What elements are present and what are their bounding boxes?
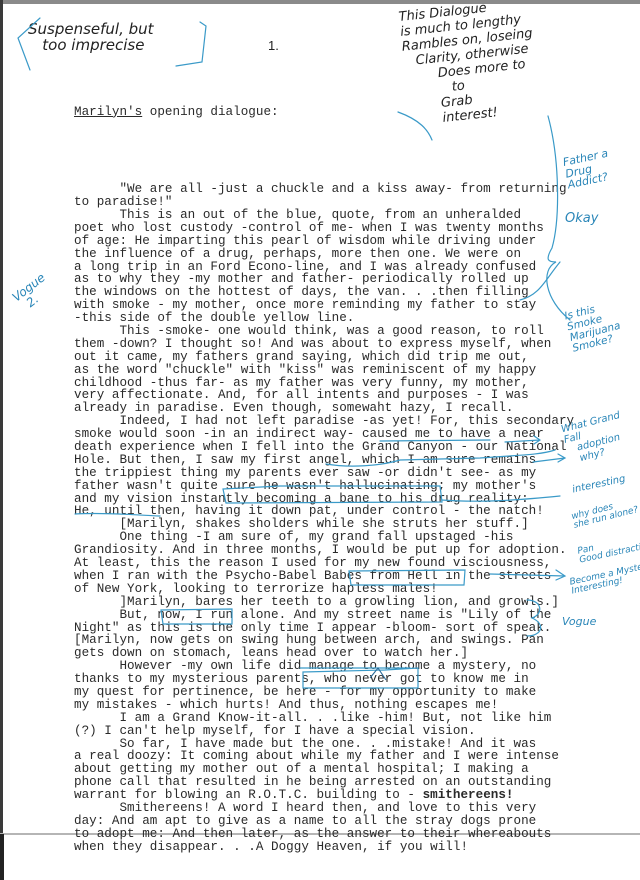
margin-note-vogue: Vogue [562, 616, 596, 628]
typed-line: death experience when I fell into the Gr… [74, 441, 594, 454]
typed-line: the trippiest thing my parents ever saw … [74, 467, 594, 480]
heading-rest: opening dialogue: [142, 105, 278, 119]
typed-line: At least, this the reason I used for my … [74, 557, 594, 570]
typed-line: when I ran with the Psycho-Babel Babes f… [74, 570, 594, 583]
typed-line: out it came, my fathers grand saying, wh… [74, 351, 594, 364]
typed-line: This -smoke- one would think, was a good… [74, 325, 594, 338]
bold-word: smithereens! [423, 788, 514, 802]
scan-top-edge [0, 0, 640, 4]
typed-line: my mistakes - which hurts! And thus, not… [74, 699, 594, 712]
annotation-top-right: This Dialogue is much to lengthy Rambles… [398, 0, 541, 129]
annotation-top-left: Suspenseful, but too imprecise [28, 22, 154, 54]
margin-note-okay: Okay [565, 212, 598, 226]
typed-line: of New York, looking to terrorize haples… [74, 583, 594, 596]
typed-line: This is an out of the blue, quote, from … [74, 209, 594, 222]
heading-speaker: Marilyn's [74, 105, 142, 119]
typed-line: Hole. But then, I saw my first angel, wh… [74, 454, 594, 467]
typed-line: day: And am apt to give as a name to all… [74, 815, 594, 828]
typed-line: poet who lost custody -control of me- wh… [74, 222, 594, 235]
typed-line: to adopt me: And then later, as the answ… [74, 828, 594, 841]
bracket-right-icon [176, 22, 206, 66]
blank-line [74, 145, 594, 158]
scan-left-edge [0, 0, 3, 880]
typed-line: (?) I can't help myself, for I have a sp… [74, 725, 594, 738]
margin-note-drug-addict: Father a Drug Addict? [562, 148, 614, 191]
scan-corner-shadow [0, 834, 4, 880]
typed-line: I am a Grand Know-it-all. . .like -him! … [74, 712, 594, 725]
manuscript-body: Marilyn's opening dialogue: "We are all … [74, 80, 594, 866]
annotation-left-vogue: Vogue 2. [10, 271, 55, 314]
typed-line: of age: He imparting this pearl of wisdo… [74, 235, 594, 248]
margin-note-smoke: Is this Smoke Marijuana Smoke? [563, 299, 624, 354]
typed-line: ]Marilyn, bares her teeth to a growling … [74, 596, 594, 609]
typed-line: when they disappear. . .A Doggy Heaven, … [74, 841, 594, 854]
typed-line: as the word "chuckle" with "kiss" was re… [74, 364, 594, 377]
typed-line: Smithereens! A word I heard then, and lo… [74, 802, 594, 815]
page-number: 1. [268, 38, 279, 53]
typed-line: them -down? I thought so! And was about … [74, 338, 594, 351]
typed-line: my quest for pertinence, be here - for m… [74, 686, 594, 699]
typed-line: But, now, I run alone. And my street nam… [74, 609, 594, 622]
typed-line: the influence of a drug, perhaps, more t… [74, 248, 594, 261]
typed-line: father wasn't quite sure he wasn't hallu… [74, 480, 594, 493]
typed-lines: "We are all -just a chuckle and a kiss a… [74, 183, 594, 853]
